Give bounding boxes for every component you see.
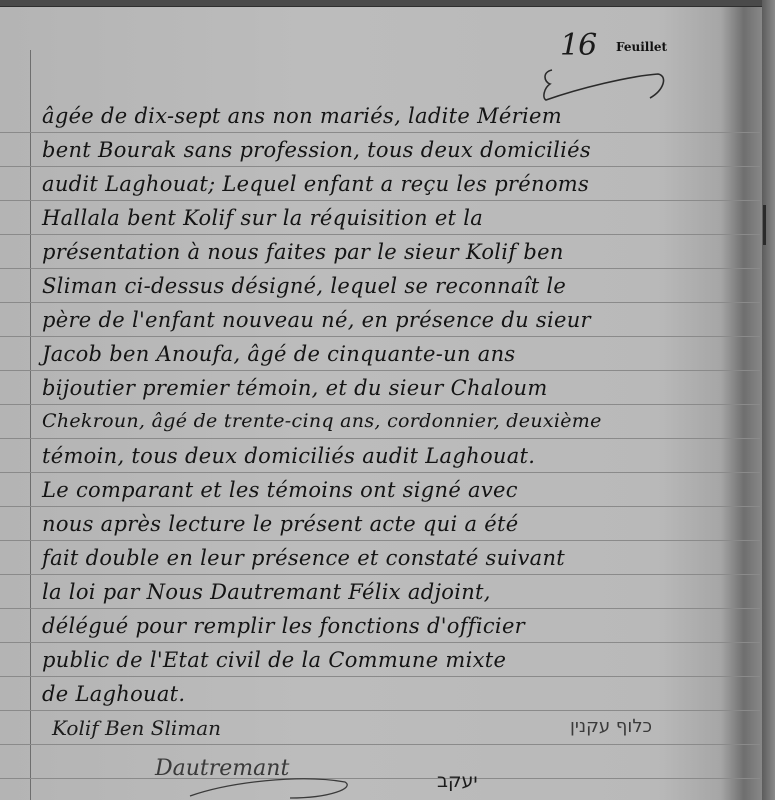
ruled-line bbox=[0, 268, 760, 269]
register-page: 16 Feuillet âgée de dix-sept ans non mar… bbox=[0, 0, 775, 800]
ruled-line bbox=[0, 438, 760, 439]
flourish-icon bbox=[540, 58, 670, 103]
signature-declarant: Kolif Ben Sliman bbox=[52, 716, 221, 740]
record-line: Sliman ci-dessus désigné, lequel se reco… bbox=[42, 274, 764, 298]
ruled-line bbox=[0, 132, 760, 133]
page-top-edge bbox=[0, 0, 775, 7]
ruled-line bbox=[0, 404, 760, 405]
ruled-line bbox=[0, 200, 760, 201]
ruled-line bbox=[0, 302, 760, 303]
ruled-line bbox=[0, 608, 760, 609]
record-line: témoin, tous deux domiciliés audit Lagho… bbox=[42, 444, 764, 468]
record-line: Hallala bent Kolif sur la réquisition et… bbox=[42, 206, 764, 230]
ruled-line bbox=[0, 744, 760, 745]
ruled-line bbox=[0, 778, 760, 779]
ruled-line bbox=[0, 506, 760, 507]
signature-witness-hebrew-2: יעקב bbox=[437, 770, 478, 792]
record-line: présentation à nous faites par le sieur … bbox=[42, 240, 764, 264]
signature-witness-hebrew-1: כלוף עקנין bbox=[570, 716, 652, 737]
record-line: Jacob ben Anoufa, âgé de cinquante-un an… bbox=[42, 342, 764, 366]
ruled-line bbox=[0, 472, 760, 473]
margin-rule bbox=[30, 50, 31, 800]
record-line: de Laghouat. bbox=[42, 682, 764, 706]
ruled-line bbox=[0, 642, 760, 643]
ruled-line bbox=[0, 676, 760, 677]
ruled-line bbox=[0, 370, 760, 371]
ruled-line bbox=[0, 540, 760, 541]
ruled-line bbox=[0, 166, 760, 167]
record-line: Chekroun, âgé de trente-cinq ans, cordon… bbox=[42, 410, 764, 432]
record-line: âgée de dix-sept ans non mariés, ladite … bbox=[42, 104, 764, 128]
ruled-line bbox=[0, 336, 760, 337]
record-line: fait double en leur présence et constaté… bbox=[42, 546, 764, 570]
record-line: père de l'enfant nouveau né, en présence… bbox=[42, 308, 764, 332]
ruled-line bbox=[0, 234, 760, 235]
record-line: délégué pour remplir les fonctions d'off… bbox=[42, 614, 764, 638]
record-line: nous après lecture le présent acte qui a… bbox=[42, 512, 764, 536]
ruled-line bbox=[0, 574, 760, 575]
record-line: bent Bourak sans profession, tous deux d… bbox=[42, 138, 764, 162]
officer-flourish-icon bbox=[150, 760, 360, 800]
ruled-line bbox=[0, 710, 760, 711]
record-line: public de l'Etat civil de la Commune mix… bbox=[42, 648, 764, 672]
record-line: Le comparant et les témoins ont signé av… bbox=[42, 478, 764, 502]
record-line: audit Laghouat; Lequel enfant a reçu les… bbox=[42, 172, 764, 196]
record-line: la loi par Nous Dautremant Félix adjoint… bbox=[42, 580, 764, 604]
record-line: bijoutier premier témoin, et du sieur Ch… bbox=[42, 376, 764, 400]
folio-label: Feuillet bbox=[616, 40, 667, 54]
